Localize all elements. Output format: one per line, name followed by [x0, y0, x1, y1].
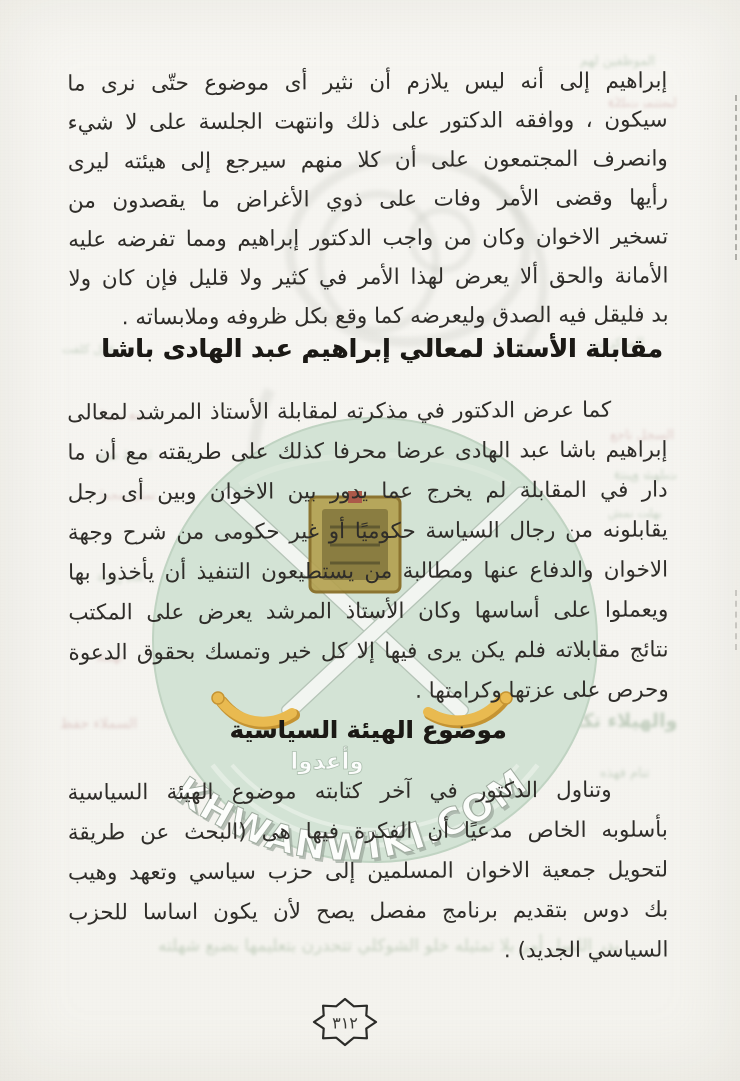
text-line: الأمانة والحق ألا يعرض لهذا الأمر في كثي… — [68, 256, 668, 298]
text-line: دار في المقابلة لم يخرج عما يدور بين الا… — [68, 470, 668, 513]
paragraph-3: وتناول الدكتور في آخر كتابته موضوع الهيئ… — [67, 770, 668, 973]
text-line: نتائج مقابلاته فلم يكن يرى فيها إلا كل خ… — [68, 630, 668, 673]
text-line: كما عرض الدكتور في مذكرته لمقابلة الأستا… — [67, 390, 667, 433]
text-line: وتناول الدكتور في آخر كتابته موضوع الهيئ… — [67, 770, 667, 813]
scan-edge-artifact — [735, 590, 737, 650]
text-line: بد فليقل فيه الصدق وليعرضه كما وقع بكل ظ… — [69, 295, 669, 337]
paragraph-2: كما عرض الدكتور في مذكرته لمقابلة الأستا… — [67, 390, 669, 713]
paragraph-1: إبراهيم إلى أنه ليس يلازم أن نثير أى موض… — [67, 61, 668, 337]
page-number: ٣١٢ — [332, 1014, 358, 1033]
text-line: ويعملوا على أساسها وكان الأستاذ المرشد ي… — [68, 590, 668, 633]
page-number-badge: ٣١٢ — [303, 992, 387, 1052]
text-line: سيكون ، ووافقه الدكتور على ذلك وانتهت ال… — [67, 100, 667, 142]
text-line: تسخير الاخوان وكان من واجب الدكتور إبراه… — [68, 217, 668, 259]
text-line: بأسلوبه الخاص مدعيًا أن الفكرة فيها هى (… — [68, 810, 668, 853]
text-line: إبراهيم باشا عبد الهادى عرضا محرفا كذلك … — [67, 430, 667, 473]
text-line: بك دوس بتقديم برنامج مفصل يصح لأن يكون ا… — [68, 890, 668, 933]
text-line: وانصرف المجتمعون على أن كلا منهم سيرجع إ… — [68, 139, 668, 181]
text-line: وحرص على عزتها وكرامتها . — [69, 670, 669, 713]
section-heading-political-body: موضوع الهيئة السياسية — [68, 716, 668, 744]
banner-text: وأعدوا — [290, 745, 363, 775]
text-line: السياسي الجديد) . — [68, 930, 668, 973]
text-line: إبراهيم إلى أنه ليس يلازم أن نثير أى موض… — [67, 61, 667, 103]
scan-edge-artifact — [735, 95, 737, 260]
text-line: يقابلونه من رجال السياسة حكوميًا أو غير … — [68, 510, 668, 553]
scanned-book-page: الموظفين لهم فكلت بمنتصا المركزت قول كلف… — [0, 0, 740, 1081]
text-line: لتحويل جمعية الاخوان المسلمين إلى حزب سي… — [68, 850, 668, 893]
text-line: رأيها وقضى الأمر وفات على ذوي الأغراض ما… — [68, 178, 668, 220]
section-heading-meeting: مقابلة الأستاذ لمعالي إبراهيم عبد الهادى… — [82, 334, 682, 363]
text-line: الاخوان والدفاع عنها ومطالبة من يستطيعون… — [68, 550, 668, 593]
